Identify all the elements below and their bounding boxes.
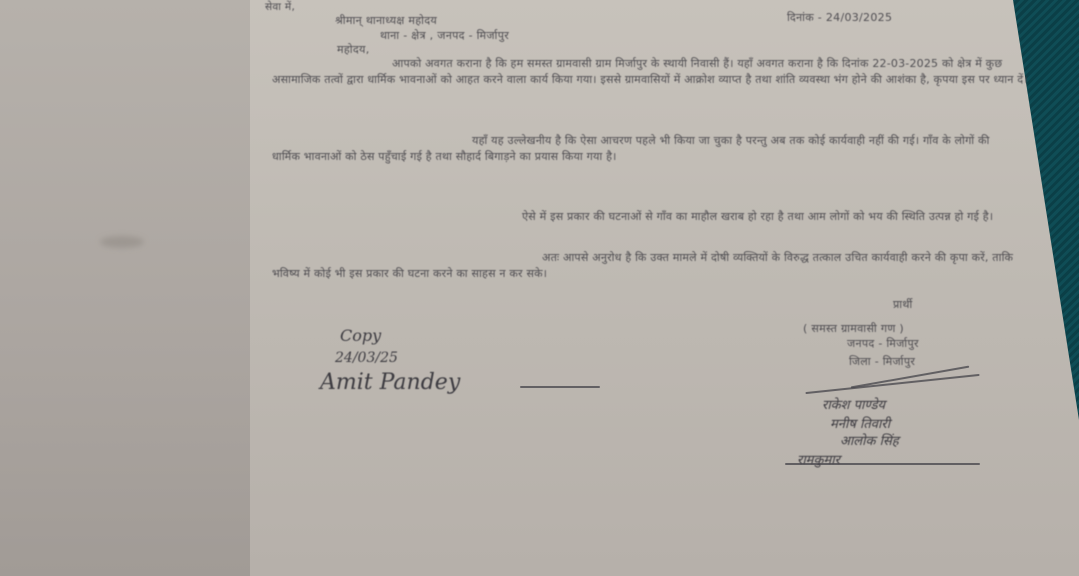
letter-date: दिनांक - 24/03/2025 [787, 10, 892, 26]
right-signature-4: रामकुमार [797, 450, 840, 468]
ink-smudge [100, 236, 144, 248]
adjacent-page [0, 0, 275, 576]
signature-underline [520, 386, 600, 388]
sender-line-2: जनपद - मिर्जापुर [847, 336, 919, 352]
sender-line-3: जिला - मिर्जापुर [849, 354, 915, 370]
right-signature-2: मनीष तिवारी [830, 414, 890, 432]
salutation-to: सेवा में, [265, 0, 295, 16]
addressee-line-1: श्रीमान् थानाध्यक्ष महोदय [335, 13, 437, 29]
body-paragraph-2: यहाँ यह उल्लेखनीय है कि ऐसा आचरण पहले भी… [272, 133, 1012, 164]
note-date: 24/03/25 [335, 350, 398, 366]
note-copy: Copy [340, 326, 381, 345]
right-signature-1: राकेश पाण्डेय [822, 395, 885, 413]
right-signature-underline [785, 463, 980, 465]
body-paragraph-1: आपको अवगत कराना है कि हम समस्त ग्रामवासी… [272, 56, 1032, 87]
sender-line-1: ( समस्त ग्रामवासी गण ) [803, 321, 904, 337]
closing: प्रार्थी [893, 297, 913, 313]
left-signature: Amit Pandey [320, 370, 460, 395]
addressee-line-2: थाना - क्षेत्र , जनपद - मिर्जापुर [380, 28, 509, 44]
body-paragraph-3: ऐसे में इस प्रकार की घटनाओं से गाँव का म… [272, 209, 1017, 225]
right-signature-3: आलोक सिंह [840, 431, 899, 449]
body-paragraph-4: अतः आपसे अनुरोध है कि उक्त मामले में दोष… [272, 250, 1037, 281]
